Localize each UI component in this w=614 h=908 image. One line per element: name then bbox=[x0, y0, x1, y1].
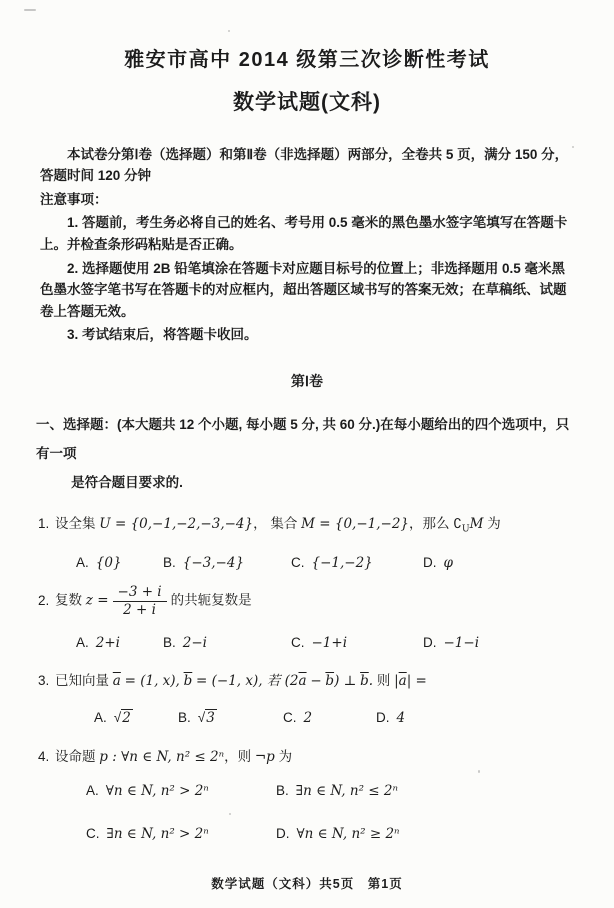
question-2-stem: 2. 复数 z =−3 + i2 + i的共轭复数是 bbox=[38, 584, 574, 617]
section-instruction: 一、选择题：(本大题共 12 个小题, 每小题 5 分, 共 60 分.)在每小… bbox=[36, 410, 574, 497]
stem-math: ¬p bbox=[255, 749, 275, 765]
page-footer: 数学试题（文科）共5页 第1页 bbox=[0, 874, 614, 894]
question-4-stem: 4. 设命题 p : ∀n ∈ N, n² ≤ 2ⁿ，则 ¬p 为 bbox=[38, 746, 574, 769]
section-title: 第Ⅰ卷 bbox=[0, 370, 614, 392]
option-label: A. bbox=[86, 783, 99, 798]
scan-speck bbox=[478, 770, 480, 773]
option-label: B. bbox=[276, 783, 289, 798]
option-d: D.φ bbox=[423, 552, 453, 575]
stem-text: 为 bbox=[487, 516, 501, 531]
option-c: C.{−1,−2} bbox=[291, 552, 423, 575]
option-text: 2 bbox=[304, 710, 313, 726]
option-label: A. bbox=[76, 635, 89, 650]
question-4-number: 4. bbox=[38, 749, 49, 764]
stem-math: ) ⊥ bbox=[334, 673, 356, 689]
option-label: D. bbox=[276, 826, 290, 841]
option-text: φ bbox=[444, 555, 453, 571]
stem-text: ，那么 bbox=[409, 516, 450, 531]
sqrt-expression: √2 bbox=[114, 710, 133, 725]
radicand: 2 bbox=[121, 709, 133, 726]
option-a: A.2+i bbox=[76, 632, 163, 655]
question-3-stem: 3. 已知向量 a = (1, x), b = (−1, x), 若 (2a −… bbox=[38, 670, 574, 693]
question-1-options: A.{0} B.{−3,−4} C.{−1,−2} D.φ bbox=[76, 552, 574, 575]
option-text: {0} bbox=[96, 555, 122, 571]
complement-symbol: ∁ bbox=[453, 516, 462, 532]
question-4-options-row-1: A.∀n ∈ N, n² > 2ⁿ B.∃n ∈ N, n² ≤ 2ⁿ bbox=[86, 780, 574, 803]
exam-intro: 本试卷分第Ⅰ卷（选择题）和第Ⅱ卷（非选择题）两部分，全卷共 5 页，满分 150… bbox=[40, 144, 574, 346]
vector-a: a bbox=[399, 673, 407, 689]
stem-text: 为 bbox=[279, 749, 293, 764]
option-label: A. bbox=[94, 710, 107, 725]
stem-math: z = bbox=[86, 593, 109, 609]
option-label: C. bbox=[291, 555, 305, 570]
stem-math: = (1, x), bbox=[125, 673, 180, 689]
option-label: B. bbox=[178, 710, 191, 725]
instruction-line-1: 一、选择题：(本大题共 12 个小题, 每小题 5 分, 共 60 分.)在每小… bbox=[36, 410, 574, 468]
option-c: C.−1+i bbox=[291, 632, 423, 655]
vector-b: b bbox=[184, 673, 193, 689]
option-text: ∃n ∈ N, n² > 2ⁿ bbox=[107, 826, 209, 842]
option-d: D.−1−i bbox=[423, 632, 479, 655]
option-c: C.∃n ∈ N, n² > 2ⁿ bbox=[86, 823, 276, 846]
complement-subscript: U bbox=[462, 524, 470, 535]
question-2-options: A.2+i B.2−i C.−1+i D.−1−i bbox=[76, 632, 574, 655]
radicand: 3 bbox=[205, 709, 217, 726]
option-text: 4 bbox=[397, 710, 406, 726]
stem-math: M = {0,−1,−2} bbox=[301, 516, 409, 532]
option-text: {−1,−2} bbox=[312, 555, 373, 571]
vector-b: b bbox=[325, 673, 334, 689]
stem-math: U = {0,−1,−2,−3,−4} bbox=[99, 516, 253, 532]
stem-text: 已知向量 bbox=[55, 673, 109, 688]
option-c: C.2 bbox=[283, 707, 376, 730]
instruction-line-2: 是符合题目要求的. bbox=[36, 468, 574, 497]
notice-item-2: 2. 选择题使用 2B 铅笔填涂在答题卡对应题目标号的位置上；非选择题用 0.5… bbox=[40, 258, 574, 323]
fraction-denominator: 2 + i bbox=[113, 602, 167, 618]
option-b: B.{−3,−4} bbox=[163, 552, 291, 575]
fraction-numerator: −3 + i bbox=[113, 584, 167, 601]
vector-b: b bbox=[360, 673, 369, 689]
complement-expression: ∁UM bbox=[453, 516, 483, 532]
question-1-number: 1. bbox=[38, 516, 49, 531]
option-text: ∀n ∈ N, n² ≥ 2ⁿ bbox=[297, 826, 400, 842]
intro-paragraph: 本试卷分第Ⅰ卷（选择题）和第Ⅱ卷（非选择题）两部分，全卷共 5 页，满分 150… bbox=[40, 144, 574, 187]
vector-a: a bbox=[113, 673, 121, 689]
option-b: B.2−i bbox=[163, 632, 291, 655]
option-a: A.√2 bbox=[94, 707, 178, 730]
option-label: B. bbox=[163, 555, 176, 570]
stem-text: ， 集合 bbox=[253, 516, 297, 531]
stem-text: 复数 bbox=[55, 593, 82, 608]
scan-speck bbox=[572, 146, 574, 148]
option-text: ∃n ∈ N, n² ≤ 2ⁿ bbox=[296, 783, 398, 799]
notice-item-1: 1. 答题前，考生务必将自己的姓名、考号用 0.5 毫米的黑色墨水签字笔填写在答… bbox=[40, 212, 574, 255]
stem-math: − bbox=[310, 673, 321, 689]
option-label: D. bbox=[376, 710, 390, 725]
stem-text: 的共轭复数是 bbox=[171, 593, 252, 608]
exam-paper-page: 雅安市高中 2014 级第三次诊断性考试 数学试题(文科) 本试卷分第Ⅰ卷（选择… bbox=[0, 0, 614, 908]
option-a: A.∀n ∈ N, n² > 2ⁿ bbox=[86, 780, 276, 803]
question-1-stem: 1. 设全集 U = {0,−1,−2,−3,−4}， 集合 M = {0,−1… bbox=[38, 513, 574, 537]
stem-math: . bbox=[369, 673, 373, 689]
option-label: C. bbox=[86, 826, 100, 841]
notice-heading: 注意事项： bbox=[40, 189, 574, 211]
option-label: C. bbox=[291, 635, 305, 650]
question-3-options: A.√2 B.√3 C.2 D.4 bbox=[76, 707, 574, 730]
abs-bar: | = bbox=[407, 673, 427, 689]
scan-speck bbox=[228, 30, 230, 32]
exam-title: 雅安市高中 2014 级第三次诊断性考试 bbox=[0, 44, 614, 76]
option-b: B.√3 bbox=[178, 707, 283, 730]
option-d: D.4 bbox=[376, 707, 405, 730]
scan-speck bbox=[229, 813, 231, 815]
option-text: 2+i bbox=[96, 635, 120, 651]
option-text: −1+i bbox=[312, 635, 348, 651]
option-label: A. bbox=[76, 555, 89, 570]
option-d: D.∀n ∈ N, n² ≥ 2ⁿ bbox=[276, 823, 400, 846]
option-text: {−3,−4} bbox=[183, 555, 244, 571]
option-text: −1−i bbox=[444, 635, 480, 651]
stem-math: p : ∀n ∈ N, n² ≤ 2ⁿ bbox=[99, 749, 224, 765]
option-label: C. bbox=[283, 710, 297, 725]
option-b: B.∃n ∈ N, n² ≤ 2ⁿ bbox=[276, 780, 398, 803]
vector-a: a bbox=[299, 673, 307, 689]
abs-expression: |a| = bbox=[394, 673, 427, 689]
option-text: 2−i bbox=[183, 635, 207, 651]
option-label: D. bbox=[423, 555, 437, 570]
question-4-options-row-2: C.∃n ∈ N, n² > 2ⁿ D.∀n ∈ N, n² ≥ 2ⁿ bbox=[86, 823, 574, 846]
stem-text: 设全集 bbox=[55, 516, 96, 531]
exam-subtitle: 数学试题(文科) bbox=[0, 86, 614, 120]
question-3-number: 3. bbox=[38, 673, 49, 688]
stem-text: 则 bbox=[377, 673, 391, 688]
stem-math: = (−1, x), 若 (2 bbox=[196, 673, 298, 689]
question-2-number: 2. bbox=[38, 593, 49, 608]
stem-math: M bbox=[470, 516, 484, 532]
fraction: −3 + i2 + i bbox=[113, 584, 167, 617]
option-label: B. bbox=[163, 635, 176, 650]
option-label: D. bbox=[423, 635, 437, 650]
sqrt-expression: √3 bbox=[198, 710, 217, 725]
questions-block: 1. 设全集 U = {0,−1,−2,−3,−4}， 集合 M = {0,−1… bbox=[38, 513, 574, 845]
option-text: ∀n ∈ N, n² > 2ⁿ bbox=[106, 783, 209, 799]
scan-speck bbox=[24, 9, 36, 11]
notice-item-3: 3. 考试结束后，将答题卡收回。 bbox=[40, 324, 574, 346]
option-a: A.{0} bbox=[76, 552, 163, 575]
stem-text: ，则 bbox=[224, 749, 251, 764]
stem-text: 设命题 bbox=[55, 749, 96, 764]
